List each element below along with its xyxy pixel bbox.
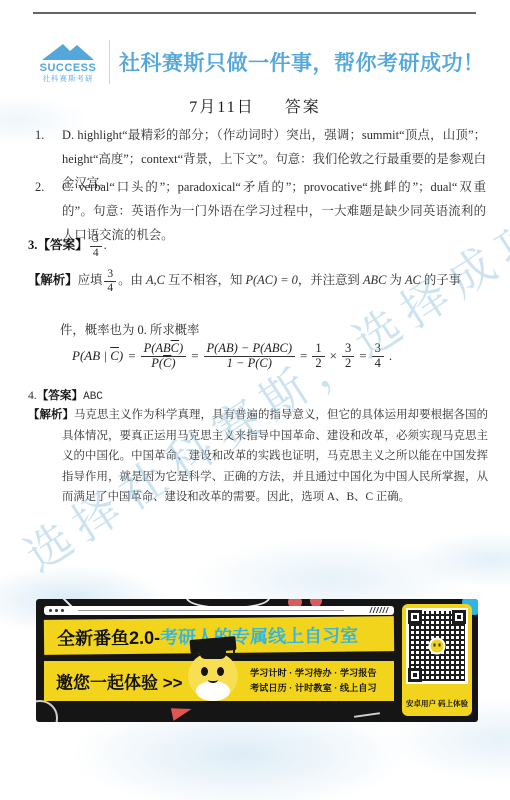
analysis-text: ，并注意到	[298, 273, 363, 287]
invite-text: 邀您一起体验 >>	[56, 669, 183, 694]
page-title: 7月11日答案	[0, 94, 510, 117]
slash-marks: //////	[370, 606, 389, 615]
analysis-label: 【解析】	[28, 273, 78, 287]
overlined-c: C	[110, 348, 119, 363]
math-expression: ABC	[363, 273, 386, 287]
header-divider	[109, 40, 110, 84]
qr-code	[406, 608, 468, 684]
fraction-numerator: 3	[372, 342, 384, 357]
brand-logo: SUCCESS 社科赛斯考研	[36, 41, 100, 84]
brand-header: SUCCESS 社科赛斯考研 社科赛斯只做一件事，帮你考研成功！	[36, 36, 485, 88]
window-dots	[49, 609, 64, 612]
item3-answer-line: 3.【答案】34.	[28, 233, 107, 259]
times-sign: ×	[330, 348, 337, 364]
fraction-denominator: 4	[104, 282, 116, 295]
analysis-text: 为	[386, 273, 405, 287]
feature-list: 学习计时 · 学习待办 · 学习报告 考试日历 · 计时教室 · 线上自习	[250, 666, 377, 696]
formula-text: P(AB	[144, 341, 171, 355]
cap-tassel	[233, 643, 235, 656]
math-expression: AC	[405, 273, 421, 287]
fraction-numerator: 3	[90, 233, 102, 247]
formula-end: .	[389, 348, 392, 364]
answer-end: .	[104, 238, 107, 252]
overlined-c: C	[171, 341, 179, 355]
answer-value: ABC	[83, 391, 103, 403]
analysis-label: 【解析】	[28, 409, 74, 421]
fraction: 12	[312, 342, 324, 371]
analysis-text: 。由	[118, 273, 146, 287]
fraction-denominator: 1 − P(C)	[204, 357, 296, 371]
analysis-text: 应填	[78, 273, 103, 287]
window-dot	[61, 609, 64, 612]
analysis-text: 互不相容，知	[165, 273, 246, 287]
fraction: 34	[90, 233, 102, 259]
equals-sign: =	[300, 348, 307, 364]
qr-corner-marker	[452, 610, 466, 624]
fraction-denominator: 4	[372, 357, 384, 371]
fraction-denominator: 4	[90, 247, 102, 260]
formula-text: P(AB |	[72, 348, 110, 363]
qr-corner-marker	[408, 668, 422, 682]
formula-text: )	[179, 341, 183, 355]
brand-name: SUCCESS	[36, 62, 100, 74]
window-line	[78, 610, 344, 611]
probability-formula: P(AB | C) = P(ABC) P(C) = P(AB) − P(ABC)…	[72, 342, 392, 371]
answer-label: 【答案】	[37, 389, 83, 402]
white-circle-doodle	[36, 700, 58, 722]
fraction: P(AB) − P(ABC)1 − P(C)	[204, 342, 296, 371]
window-dot	[55, 609, 58, 612]
formula-lhs: P(AB | C)	[72, 348, 123, 364]
fish-mascot	[186, 635, 240, 705]
brand-subname: 社科赛斯考研	[36, 74, 100, 84]
feature-line: 考试日历 · 计时教室 · 线上自习	[250, 681, 377, 696]
formula-text: P(	[151, 356, 163, 370]
item-number: 1.	[35, 123, 44, 147]
fraction: 32	[342, 342, 354, 371]
qr-corner-marker	[408, 610, 422, 624]
mascot-eye	[217, 667, 224, 676]
red-triangle-doodle	[171, 704, 193, 721]
fraction: 34	[104, 268, 116, 294]
mascot-eye	[201, 667, 208, 676]
window-dot	[49, 609, 52, 612]
item4-answer-line: 4.【答案】ABC	[28, 387, 103, 403]
answer-label: 3.【答案】	[28, 238, 88, 252]
equals-sign: =	[128, 348, 135, 364]
analysis-text: 的子事	[421, 273, 461, 287]
browser-window-bar: //////	[44, 606, 394, 615]
fraction-denominator: 2	[342, 357, 354, 371]
fraction-numerator: 1	[312, 342, 324, 357]
top-rule	[33, 12, 476, 14]
fraction-denominator: P(C)	[141, 357, 187, 371]
page-title-date: 7月11日	[189, 99, 254, 116]
item3-analysis-line1: 【解析】应填34。由 A,C 互不相容，知 P(AC) = 0，并注意到 ABC…	[28, 268, 490, 294]
mascot-belly	[196, 681, 230, 701]
fraction-numerator: 3	[342, 342, 354, 357]
graduation-cap-base	[200, 648, 226, 659]
item-number: 2.	[35, 175, 44, 199]
promo-banner: ////// 全新番鱼2.0-考研人的专属线上自习室 邀您一起体验 >> 学习计…	[36, 599, 478, 722]
qr-center-mascot-icon	[429, 638, 446, 655]
answer-sheet-page: SUCCESS 社科赛斯考研 社科赛斯只做一件事，帮你考研成功！ 7月11日答案…	[0, 0, 510, 800]
formula-text: )	[119, 348, 123, 363]
equals-sign: =	[359, 348, 366, 364]
fraction-denominator: 2	[312, 357, 324, 371]
brand-slogan: 社科赛斯只做一件事，帮你考研成功！	[119, 47, 485, 77]
qr-code-panel: 安卓用户 码上体验	[402, 604, 472, 716]
item3-analysis-line2: 件，概率也为 0. 所求概率	[60, 320, 199, 338]
item-number: 4.	[28, 389, 37, 402]
qr-caption: 安卓用户 码上体验	[402, 698, 472, 709]
formula-text: )	[171, 356, 175, 370]
equals-sign: =	[191, 348, 198, 364]
mountain-icon	[41, 41, 95, 61]
fraction: 34	[372, 342, 384, 371]
banner-title-black: 全新番鱼2.0-	[57, 623, 160, 650]
mascot-mouth	[208, 677, 218, 683]
math-expression: P(AC) = 0	[245, 273, 297, 287]
math-expression: A,C	[146, 273, 165, 287]
fraction: P(ABC) P(C)	[141, 342, 187, 371]
page-title-label: 答案	[285, 99, 321, 116]
fraction-numerator: P(ABC)	[141, 342, 187, 357]
fraction-numerator: P(AB) − P(ABC)	[204, 342, 296, 357]
feature-line: 学习计时 · 学习待办 · 学习报告	[250, 666, 377, 681]
white-dash-doodle	[354, 712, 380, 718]
item4-analysis: 【解析】马克思主义作为科学真理，具有普遍的指导意义，但它的具体运用却要根据各国的…	[28, 405, 488, 508]
fraction-numerator: 3	[104, 268, 116, 282]
analysis-text: 马克思主义作为科学真理，具有普遍的指导意义，但它的具体运用却要根据各国的具体情况…	[62, 409, 488, 503]
